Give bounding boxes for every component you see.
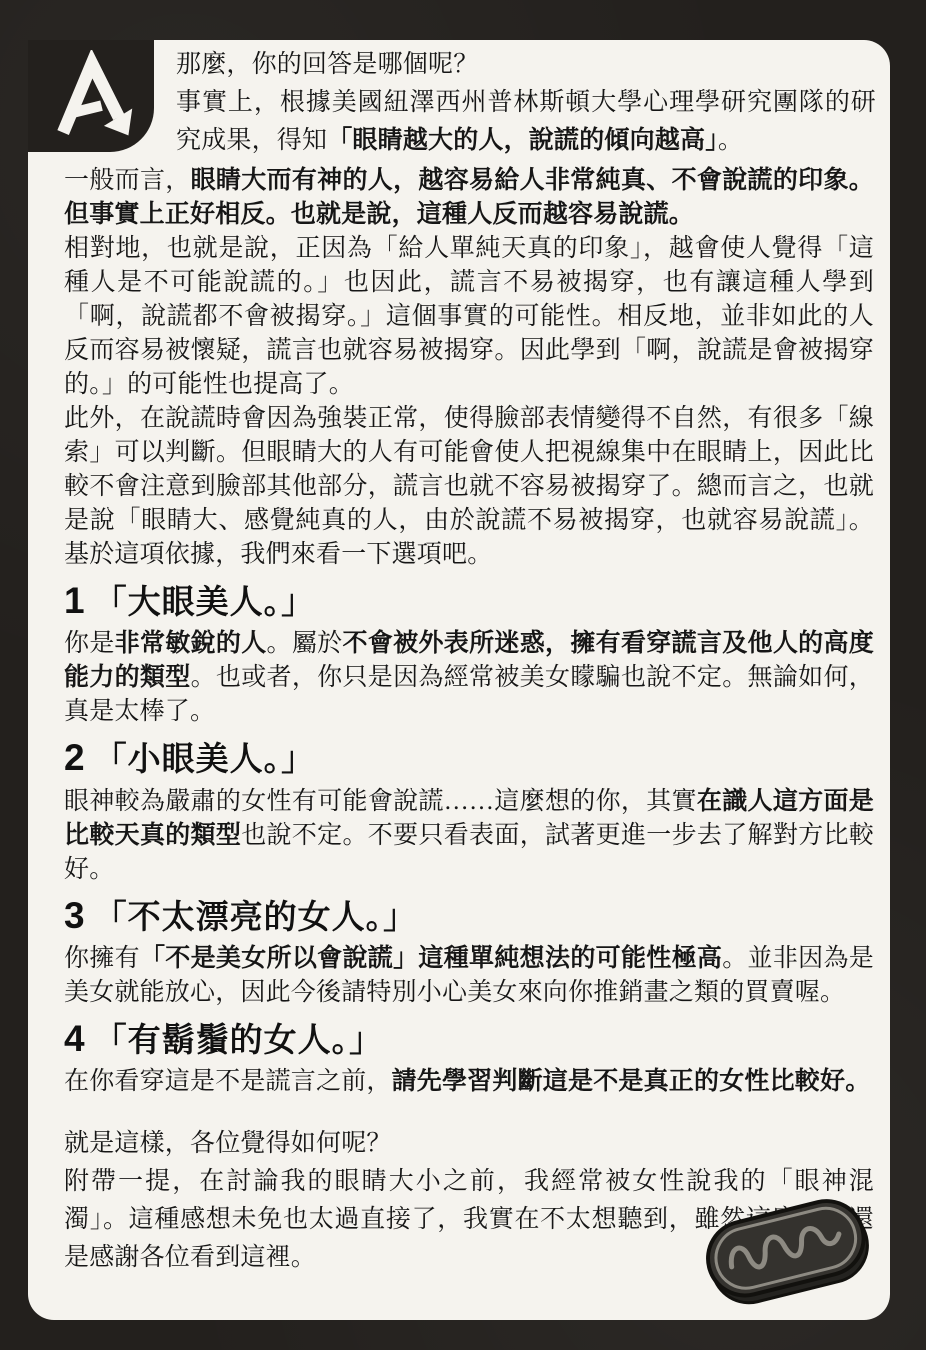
intro-fact: 事實上，根據美國紐澤西州普林斯頓大學心理學研究團隊的研究成果，得知「眼睛越大的人… xyxy=(176,84,876,160)
intro-question: 那麼，你的回答是哪個呢？ xyxy=(176,46,876,84)
option-title: 「有鬍鬚的女人。」 xyxy=(94,1021,384,1058)
option-body-1: 你是非常敏銳的人。屬於不會被外表所迷惑，擁有看穿謊言及他人的高度能力的類型。也或… xyxy=(64,627,874,729)
option-title: 「大眼美人。」 xyxy=(94,583,316,620)
option-title: 「不太漂亮的女人。」 xyxy=(94,898,418,935)
option-body-3: 你擁有「不是美女所以會說謊」這種單純想法的可能性極高。並非因為是美女就能放心，因… xyxy=(64,942,874,1010)
option-number: 1 xyxy=(64,580,86,621)
option-number: 4 xyxy=(64,1018,86,1059)
option-heading-3: 3「不太漂亮的女人。」 xyxy=(64,892,874,939)
option-heading-1: 1「大眼美人。」 xyxy=(64,577,874,624)
mitochondria-icon xyxy=(695,1189,880,1311)
answer-body: 一般而言，眼睛大而有神的人，越容易給人非常純真、不會說謊的印象。但事實上正好相反… xyxy=(28,160,890,1277)
option-heading-2: 2「小眼美人。」 xyxy=(64,734,874,781)
answer-badge xyxy=(28,40,154,152)
option-number: 2 xyxy=(64,737,86,778)
intro-block: 那麼，你的回答是哪個呢？ 事實上，根據美國紐澤西州普林斯頓大學心理學研究團隊的研… xyxy=(28,40,890,160)
mitochondria-doodle xyxy=(695,1189,880,1316)
option-body-4: 在你看穿這是不是謊言之前，請先學習判斷這是不是真正的女性比較好。 xyxy=(64,1065,874,1099)
option-title: 「小眼美人。」 xyxy=(94,740,316,777)
paragraph-besides: 此外，在說謊時會因為強裝正常，使得臉部表情變得不自然，有很多「線索」可以判斷。但… xyxy=(64,402,874,572)
outro-question: 就是這樣，各位覺得如何呢？ xyxy=(64,1125,874,1163)
scanned-page-background: { "page": { "frame_color": "#23201d", "p… xyxy=(0,0,926,1350)
paragraph-relative: 相對地，也就是說，正因為「給人單純天真的印象」，越會使人覺得「這種人是不可能說謊… xyxy=(64,232,874,402)
option-heading-4: 4「有鬍鬚的女人。」 xyxy=(64,1015,874,1062)
answer-arrow-icon xyxy=(42,50,138,146)
paragraph-general: 一般而言，眼睛大而有神的人，越容易給人非常純真、不會說謊的印象。但事實上正好相反… xyxy=(64,164,874,232)
option-number: 3 xyxy=(64,895,86,936)
page: 那麼，你的回答是哪個呢？ 事實上，根據美國紐澤西州普林斯頓大學心理學研究團隊的研… xyxy=(28,40,890,1320)
option-body-2: 眼神較為嚴肅的女性有可能會說謊……這麼想的你，其實在識人這方面是比較天真的類型也… xyxy=(64,785,874,887)
